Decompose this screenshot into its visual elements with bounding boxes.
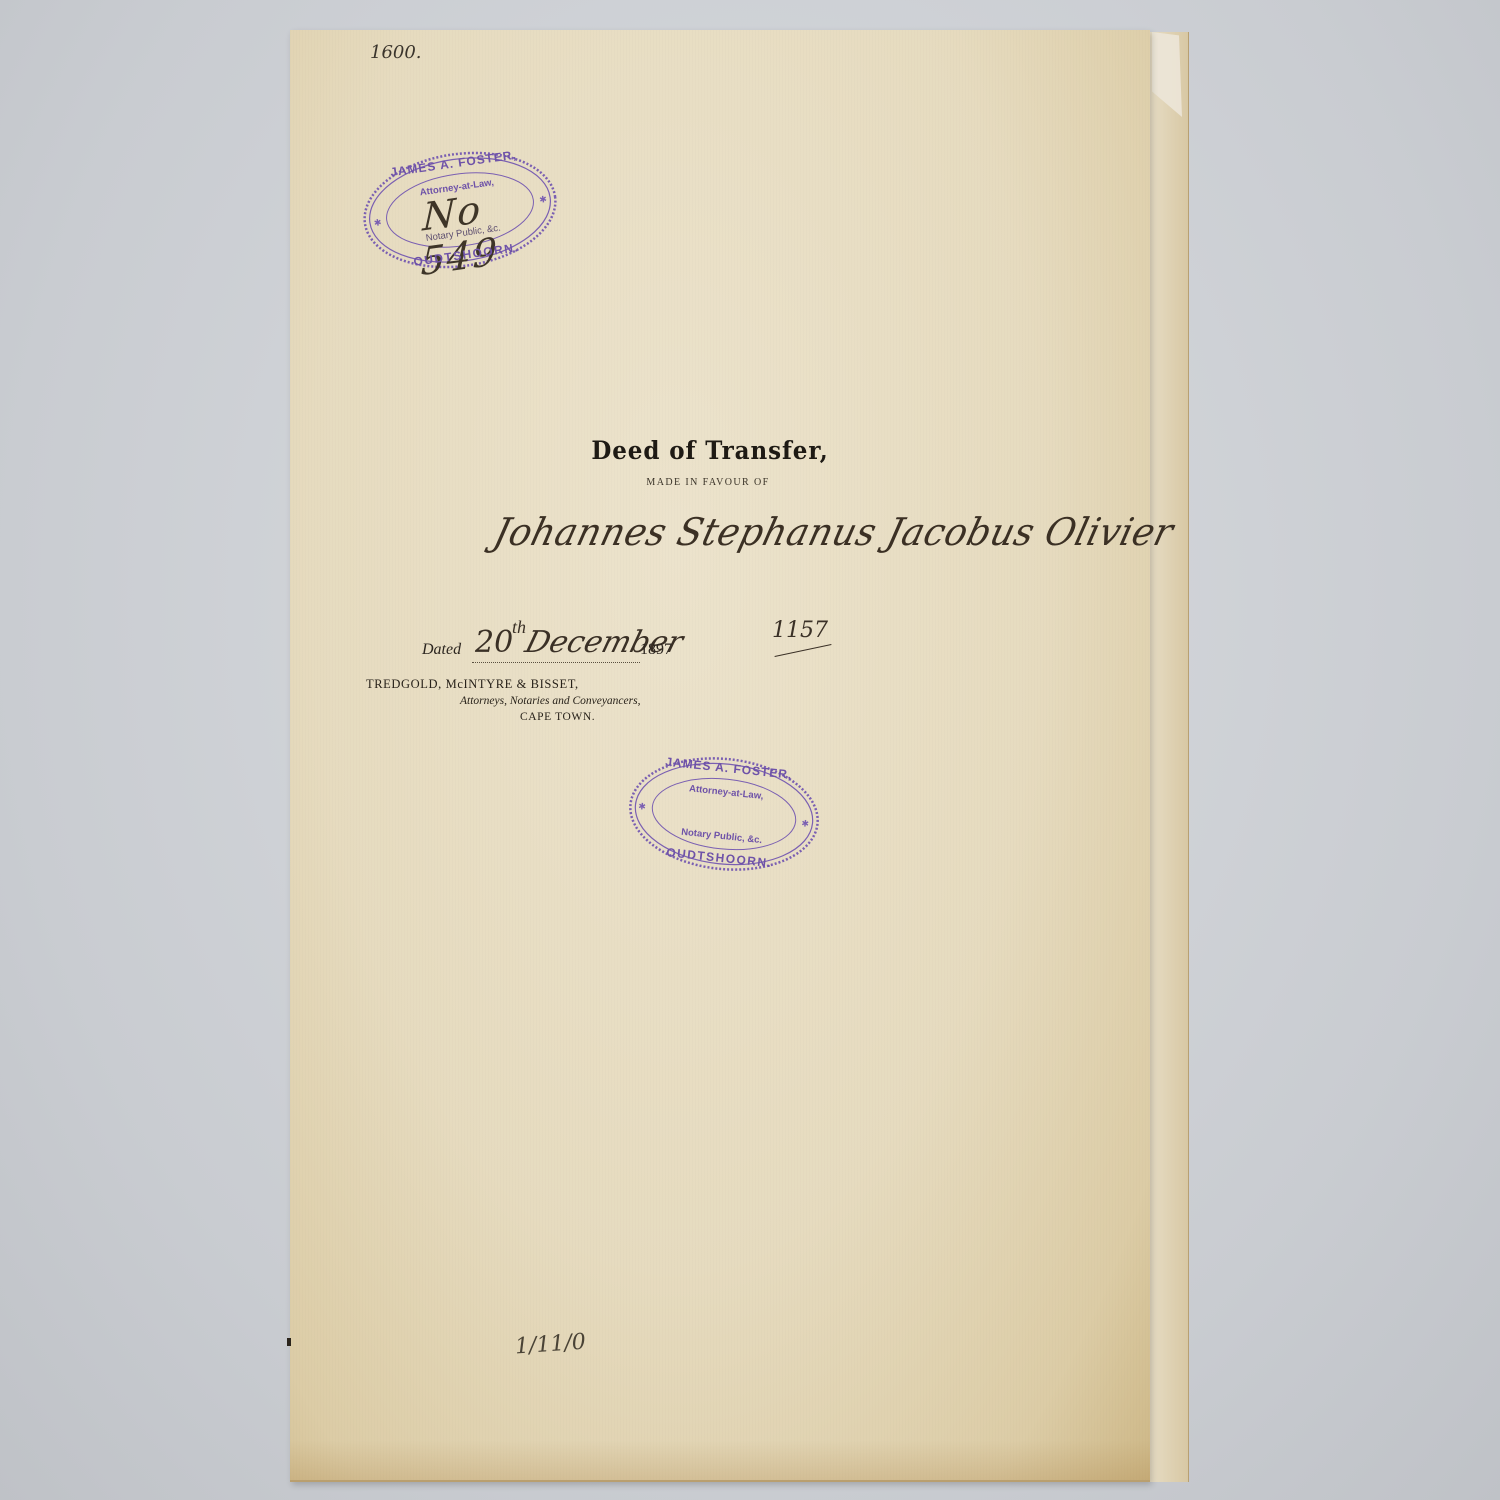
pencil-note-top: 1600.	[370, 42, 422, 63]
notary-stamp-center: ✱ ✱ JAMES A. FOSTER, Attorney-at-Law, No…	[620, 745, 827, 883]
dated-label: Dated	[422, 641, 461, 659]
document-subtitle: MADE IN FAVOUR OF	[0, 477, 1416, 488]
underlying-sheet	[1150, 32, 1189, 1482]
svg-text:✱: ✱	[638, 801, 647, 812]
dated-day-suffix: th	[512, 617, 526, 638]
dated-day: 20	[475, 625, 513, 660]
pencil-note-bottom: 1/11/0	[514, 1330, 586, 1360]
svg-text:✱: ✱	[373, 217, 382, 228]
svg-text:✱: ✱	[801, 818, 810, 829]
grantee-name: Johannes Stephanus Jacobus Olivier	[490, 510, 1179, 554]
firm-name: TREDGOLD, McINTYRE & BISSET,	[366, 677, 579, 692]
reference-number: 1157	[772, 618, 828, 643]
edge-mark	[287, 1338, 291, 1346]
firm-city: CAPE TOWN.	[520, 711, 595, 723]
dated-year: 1897	[640, 641, 672, 659]
dated-dotted-line	[472, 662, 640, 663]
dated-line: Dated 20 th December 1897	[422, 625, 722, 665]
firm-description: Attorneys, Notaries and Conveyancers,	[460, 695, 640, 707]
document-title: Deed of Transfer,	[57, 436, 1363, 465]
